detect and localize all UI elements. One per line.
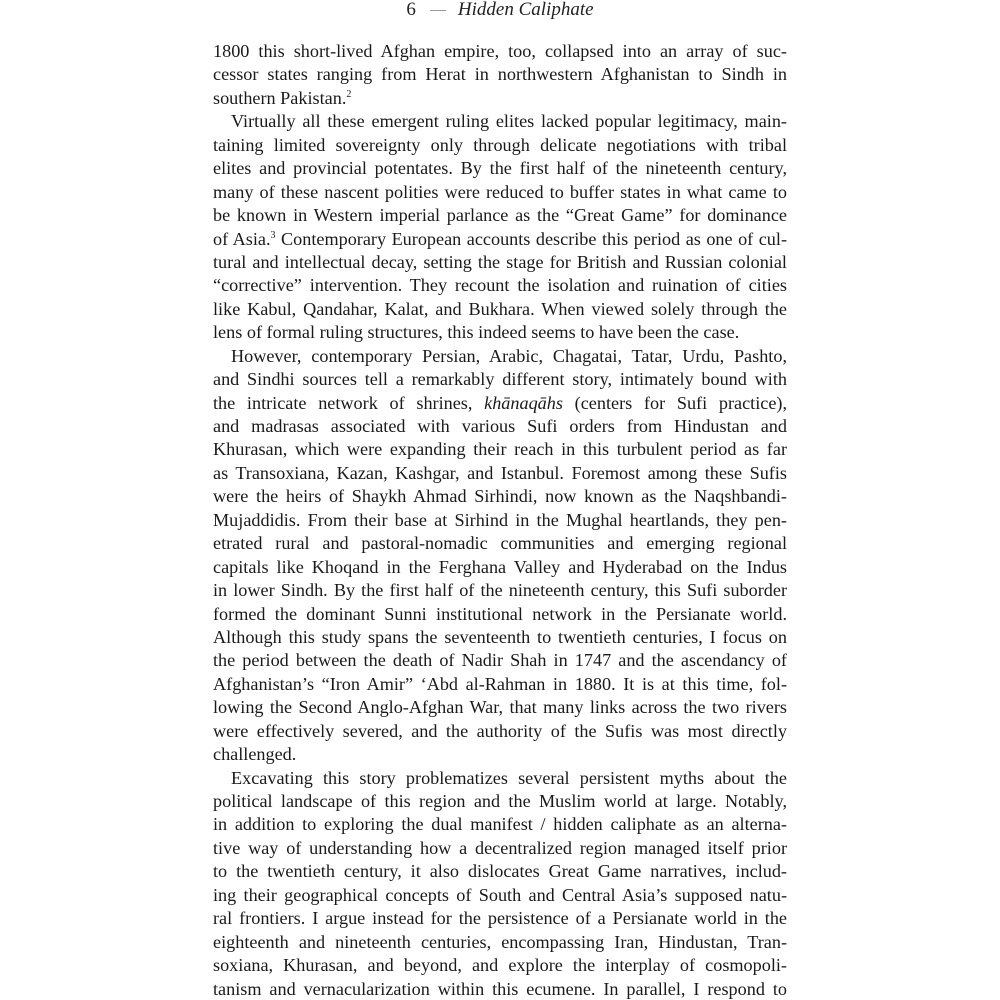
- text-line: lens of formal ruling structures, this i…: [213, 321, 787, 344]
- text-line: as Transoxiana, Kazan, Kashgar, and Ista…: [213, 462, 787, 485]
- text-line: were the heirs of Shaykh Ahmad Sirhindi,…: [213, 485, 787, 508]
- text-line: and madrasas associated with various Suf…: [213, 415, 787, 438]
- text-line: in lower Sindh. By the first half of the…: [213, 579, 787, 602]
- text-line: tanism and vernacularization within this…: [213, 978, 787, 1000]
- text-line: lowing the Second Anglo-Afghan War, that…: [213, 696, 787, 719]
- text-run: Contemporary European accounts describe …: [276, 229, 787, 249]
- text-line: Excavating this story problematizes seve…: [213, 767, 787, 790]
- italic-term: khānaqāhs: [484, 393, 563, 413]
- text-line: of Asia.3 Contemporary European accounts…: [213, 228, 787, 251]
- text-line: capitals like Khoqand in the Ferghana Va…: [213, 556, 787, 579]
- text-line: elites and provincial potentates. By the…: [213, 157, 787, 180]
- page-number: 6: [406, 0, 416, 20]
- text-line: to the twentieth century, it also disloc…: [213, 860, 787, 883]
- text-line: tive way of understanding how a decentra…: [213, 837, 787, 860]
- text-line: political landscape of this region and t…: [213, 790, 787, 813]
- text-run: southern Pakistan.: [213, 88, 346, 108]
- text-line: many of these nascent polities were redu…: [213, 181, 787, 204]
- text-line: were effectively severed, and the author…: [213, 720, 787, 743]
- text-line: etrated rural and pastoral-nomadic commu…: [213, 532, 787, 555]
- text-line: Khurasan, which were expanding their rea…: [213, 438, 787, 461]
- text-line: be known in Western imperial parlance as…: [213, 204, 787, 227]
- paragraph-3: However, contemporary Persian, Arabic, C…: [213, 345, 787, 767]
- text-line: southern Pakistan.2: [213, 87, 787, 110]
- text-line: Mujaddidis. From their base at Sirhind i…: [213, 509, 787, 532]
- footnote-marker[interactable]: 2: [346, 89, 351, 100]
- text-line: 1800 this short-lived Afghan empire, too…: [213, 40, 787, 63]
- text-line: taining limited sovereignty only through…: [213, 134, 787, 157]
- text-line: Although this study spans the seventeent…: [213, 626, 787, 649]
- text-line: in addition to exploring the dual manife…: [213, 813, 787, 836]
- text-run: (centers for Sufi practice),: [563, 393, 787, 413]
- text-line: eighteenth and nineteenth centuries, enc…: [213, 931, 787, 954]
- text-line: like Kabul, Qandahar, Kalat, and Bukhara…: [213, 298, 787, 321]
- running-head: 6Hidden Caliphate: [0, 0, 1000, 22]
- text-run: the intricate network of shrines,: [213, 393, 484, 413]
- text-line: the intricate network of shrines, khānaq…: [213, 392, 787, 415]
- book-title: Hidden Caliphate: [458, 0, 594, 20]
- text-line: challenged.: [213, 743, 787, 766]
- paragraph-1: 1800 this short-lived Afghan empire, too…: [213, 40, 787, 110]
- paragraph-4: Excavating this story problematizes seve…: [213, 767, 787, 1000]
- text-line: Virtually all these emergent ruling elit…: [213, 110, 787, 133]
- body-text: 1800 this short-lived Afghan empire, too…: [213, 40, 787, 1000]
- text-line: soxiana, Khurasan, and beyond, and explo…: [213, 954, 787, 977]
- text-line: cessor states ranging from Herat in nort…: [213, 63, 787, 86]
- text-line: Afghanistan’s “Iron Amir” ‘Abd al-Rahman…: [213, 673, 787, 696]
- paragraph-2: Virtually all these emergent ruling elit…: [213, 110, 787, 344]
- text-line: However, contemporary Persian, Arabic, C…: [213, 345, 787, 368]
- text-line: formed the dominant Sunni institutional …: [213, 603, 787, 626]
- text-line: the period between the death of Nadir Sh…: [213, 649, 787, 672]
- text-line: ing their geographical concepts of South…: [213, 884, 787, 907]
- book-page: 6Hidden Caliphate 1800 this short-lived …: [0, 0, 1000, 1000]
- text-line: ral frontiers. I argue instead for the p…: [213, 907, 787, 930]
- separator-dash: [430, 10, 446, 11]
- text-line: tural and intellectual decay, setting th…: [213, 251, 787, 274]
- text-line: “corrective” intervention. They recount …: [213, 274, 787, 297]
- text-line: and Sindhi sources tell a remarkably dif…: [213, 368, 787, 391]
- text-run: of Asia.: [213, 229, 271, 249]
